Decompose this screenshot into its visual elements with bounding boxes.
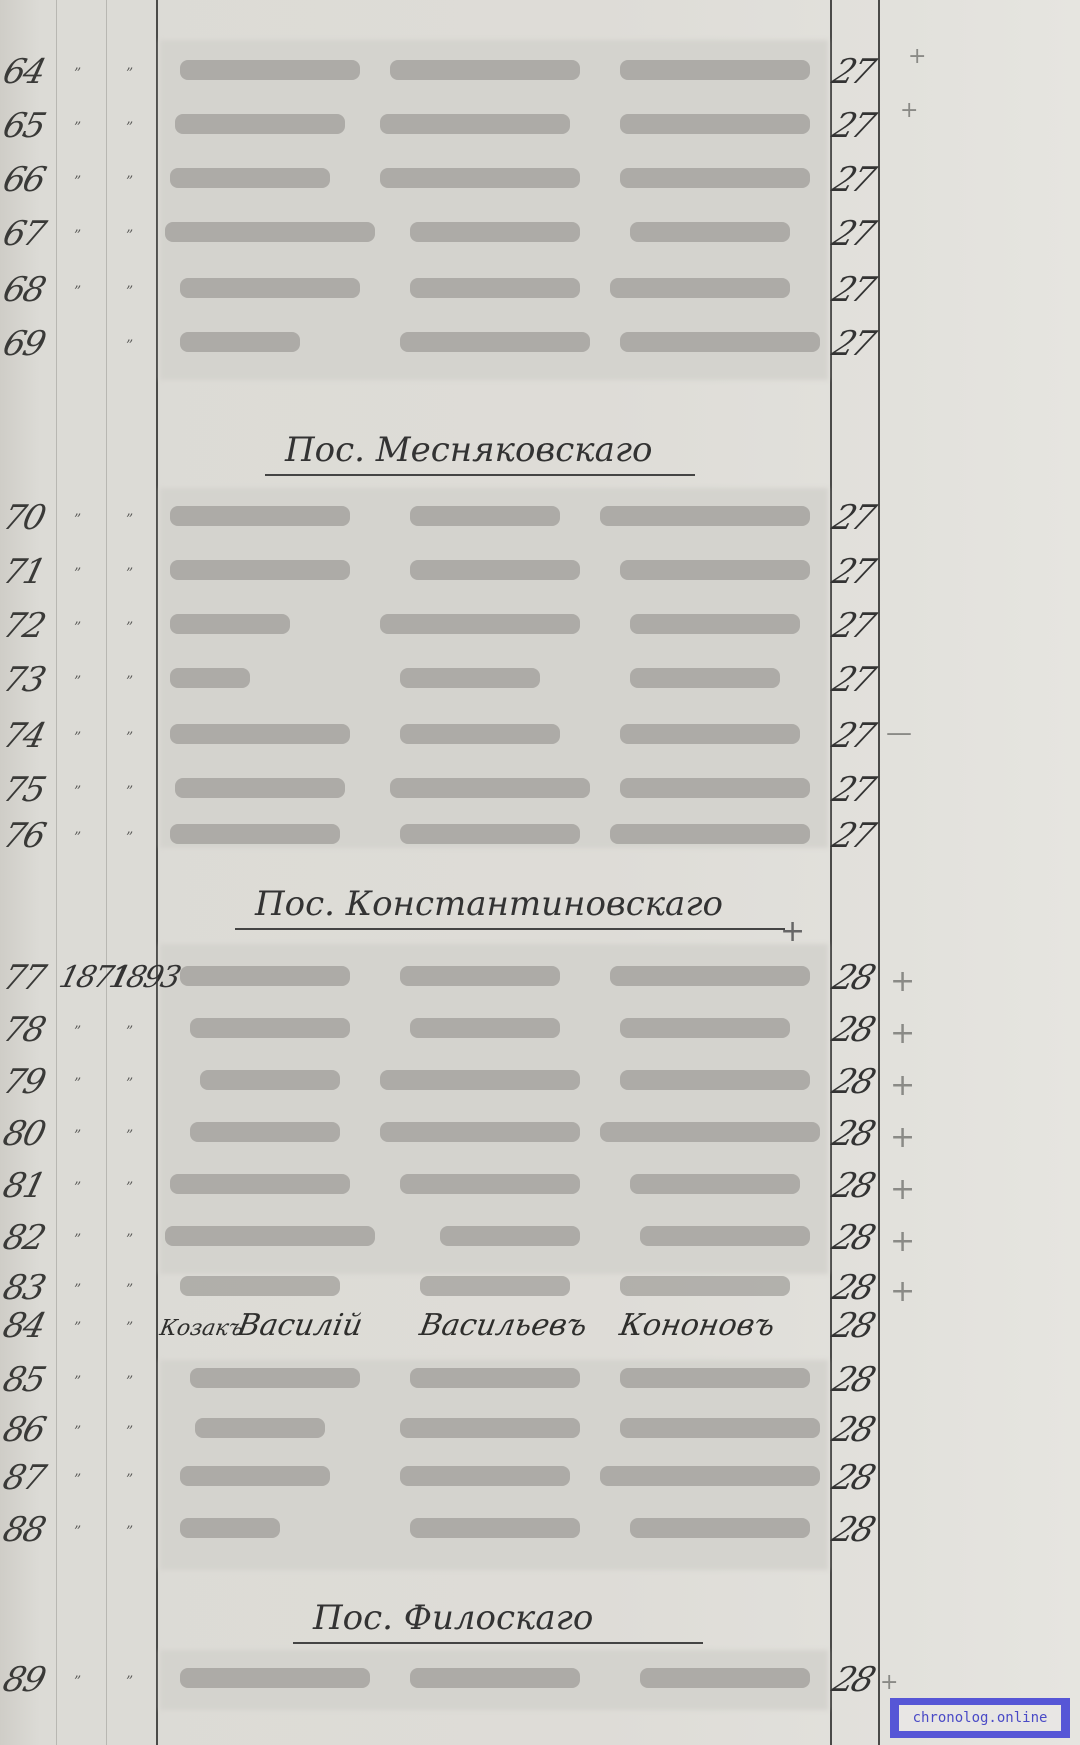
redacted-name [200,1070,340,1090]
redacted-name [420,1276,570,1296]
ditto-mark: ” [74,1472,81,1488]
redacted-name [400,1466,570,1486]
row-number: 85 [0,1360,63,1400]
ditto-mark: ” [126,1128,133,1144]
redacted-name [175,778,345,798]
table-row: 81 ” ” 28 + [0,1166,1080,1218]
redacted-name [620,332,820,352]
redacted-name [620,560,810,580]
first-name-text: Василій [235,1308,365,1343]
redacted-name [610,824,810,844]
ditto-mark: ” [126,512,133,528]
section-header-3: Пос. Филоскаго [293,1598,703,1644]
redacted-name [620,778,810,798]
ditto-mark: ” [74,1024,81,1040]
redacted-name [620,1018,790,1038]
row-number: 84 [0,1306,63,1346]
table-row: 85 ” ” 28 [0,1360,1080,1412]
ditto-mark: ” [126,566,133,582]
table-row-legible: 84 ” ” Козакъ Василій Васильевъ Кононовъ… [0,1306,1080,1358]
surname-text: Кононовъ [617,1308,778,1343]
redacted-name [180,278,360,298]
redacted-name [400,824,580,844]
redacted-name [600,1122,820,1142]
ditto-mark: ” [126,284,133,300]
ditto-mark: ” [126,830,133,846]
redacted-name [180,1466,330,1486]
row-number: 76 [0,816,63,856]
ditto-mark: ” [74,1180,81,1196]
redacted-name [175,114,345,134]
watermark-text: chronolog.online [899,1705,1061,1731]
row-number: 65 [0,106,63,146]
redacted-name [400,332,590,352]
redacted-name [170,724,350,744]
age-value: 28 [828,1458,885,1498]
redacted-name [380,168,580,188]
redacted-name [620,1368,810,1388]
ditto-mark: ” [74,512,81,528]
redacted-name [630,1518,810,1538]
age-value: 28 [828,1360,885,1400]
ditto-mark: ” [126,730,133,746]
row-number: 86 [0,1410,63,1450]
redacted-name [630,614,800,634]
table-row: 88 ” ” 28 [0,1510,1080,1562]
table-row: 76 ” ” 27 [0,816,1080,868]
table-row: 69 ” 27 [0,324,1080,376]
redacted-name [410,506,560,526]
ditto-mark: ” [74,674,81,690]
margin-mark: + [900,98,918,123]
table-row: 75 ” ” 27 [0,770,1080,822]
redacted-name [410,278,580,298]
ditto-mark: ” [74,784,81,800]
margin-mark: + [890,1120,915,1155]
row-number: 75 [0,770,63,810]
redacted-name [620,1070,810,1090]
redacted-name [440,1226,580,1246]
redacted-name [180,60,360,80]
age-value: 27 [828,160,885,200]
table-row: 70 ” ” 27 [0,498,1080,550]
row-number: 80 [0,1114,63,1154]
redacted-name [620,114,810,134]
ditto-mark: ” [74,1232,81,1248]
redacted-name [190,1122,340,1142]
ditto-mark: ” [126,1472,133,1488]
ditto-mark: ” [74,1374,81,1390]
age-value: 27 [828,324,885,364]
redacted-name [640,1226,810,1246]
margin-mark: + [890,1068,915,1103]
table-row: 77 1871 1893 28 + [0,958,1080,1010]
age-value: 27 [828,606,885,646]
redacted-name [620,168,810,188]
margin-mark: — [886,718,912,748]
redacted-name [620,60,810,80]
table-row: 80 ” ” 28 + [0,1114,1080,1166]
row-number: 89 [0,1660,63,1700]
ditto-mark: ” [126,338,133,354]
ditto-mark: ” [74,174,81,190]
ditto-mark: ” [126,1024,133,1040]
ditto-mark: ” [74,566,81,582]
margin-mark: + [890,964,915,999]
redacted-name [630,222,790,242]
redacted-name [640,1668,810,1688]
redacted-name [180,1518,280,1538]
redacted-name [410,1668,580,1688]
ditto-mark: ” [126,1424,133,1440]
redacted-name [620,724,800,744]
rank-text: Козакъ [158,1316,246,1341]
redacted-name [410,1368,580,1388]
redacted-name [600,506,810,526]
table-row: 67 ” ” 27 [0,214,1080,266]
age-value: 28 [828,1062,885,1102]
age-value: 27 [828,214,885,254]
margin-mark: + [890,1224,915,1259]
row-number: 87 [0,1458,63,1498]
redacted-name [165,222,375,242]
age-value: 28 [828,958,885,998]
watermark-badge: chronolog.online [890,1698,1070,1738]
redacted-name [170,824,340,844]
year-value: 1893 [106,960,183,995]
redacted-name [410,1018,560,1038]
row-number: 88 [0,1510,63,1550]
ditto-mark: ” [74,1282,81,1298]
ditto-mark: ” [74,1076,81,1092]
table-row: 74 ” ” 27 — [0,716,1080,768]
age-value: 27 [828,498,885,538]
row-number: 79 [0,1062,63,1102]
table-row: 65 ” ” 27 + [0,106,1080,158]
row-number: 72 [0,606,63,646]
age-value: 27 [828,552,885,592]
register-page: Пос. Месняковскаго Пос. Константиновскаг… [0,0,1080,1745]
age-value: 28 [828,1010,885,1050]
age-value: 28 [828,1410,885,1450]
age-value: 28 [828,1306,885,1346]
redacted-name [620,1276,790,1296]
redacted-name [170,168,330,188]
age-value: 27 [828,660,885,700]
ditto-mark: ” [126,228,133,244]
row-number: 77 [0,958,63,998]
table-row: 87 ” ” 28 [0,1458,1080,1510]
redacted-name [380,1070,580,1090]
age-value: 27 [828,106,885,146]
ditto-mark: ” [74,66,81,82]
row-number: 83 [0,1268,63,1308]
redacted-name [410,222,580,242]
table-row: 66 ” ” 27 [0,160,1080,212]
section-header-1: Пос. Месняковскаго [265,430,695,476]
margin-mark: + [890,1016,915,1051]
table-row: 72 ” ” 27 [0,606,1080,658]
margin-mark: + [908,44,926,69]
table-row: 64 ” ” 27 + [0,52,1080,104]
ditto-mark: ” [74,730,81,746]
row-number: 78 [0,1010,63,1050]
redacted-name [180,332,300,352]
age-value: 27 [828,270,885,310]
redacted-name [400,668,540,688]
patronymic-text: Васильевъ [417,1308,590,1343]
redacted-name [180,1668,370,1688]
redacted-name [180,1276,340,1296]
ditto-mark: ” [74,1320,81,1336]
margin-mark: + [890,1172,915,1207]
redacted-name [170,1174,350,1194]
table-row: 79 ” ” 28 + [0,1062,1080,1114]
redacted-name [380,614,580,634]
redacted-name [400,1418,580,1438]
row-number: 66 [0,160,63,200]
age-value: 28 [828,1166,885,1206]
table-row: 82 ” ” 28 + [0,1218,1080,1270]
redacted-name [410,1518,580,1538]
redacted-name [400,1174,580,1194]
ditto-mark: ” [126,1282,133,1298]
age-value: 28 [828,1510,885,1550]
ditto-mark: ” [74,1128,81,1144]
ditto-mark: ” [74,1424,81,1440]
section-header-2: Пос. Константиновскаго [235,884,785,930]
ditto-mark: ” [74,284,81,300]
redacted-name [180,966,350,986]
margin-mark: + [880,1670,898,1695]
age-value: 27 [828,52,885,92]
ditto-mark: ” [126,1180,133,1196]
redacted-name [195,1418,325,1438]
row-number: 67 [0,214,63,254]
ditto-mark: ” [74,228,81,244]
row-number: 68 [0,270,63,310]
ditto-mark: ” [126,1374,133,1390]
ditto-mark: ” [74,120,81,136]
redacted-name [400,966,560,986]
redacted-name [170,560,350,580]
ditto-mark: ” [126,66,133,82]
age-value: 27 [828,716,885,756]
age-value: 27 [828,816,885,856]
ditto-mark: ” [74,1524,81,1540]
redacted-name [610,278,790,298]
ditto-mark: ” [126,1524,133,1540]
row-number: 82 [0,1218,63,1258]
ditto-mark: ” [74,620,81,636]
row-number: 81 [0,1166,63,1206]
redacted-name [600,1466,820,1486]
redacted-name [170,506,350,526]
redacted-name [400,724,560,744]
ditto-mark: ” [126,1320,133,1336]
redacted-name [390,778,590,798]
redacted-name [620,1418,820,1438]
ditto-mark: ” [126,784,133,800]
redacted-name [190,1368,360,1388]
section-mark: + [780,914,805,949]
ditto-mark: ” [126,1076,133,1092]
redacted-name [380,1122,580,1142]
redacted-name [190,1018,350,1038]
redacted-name [410,560,580,580]
ditto-mark: ” [126,1674,133,1690]
table-row: 71 ” ” 27 [0,552,1080,604]
row-number: 64 [0,52,63,92]
ditto-mark: ” [126,674,133,690]
ditto-mark: ” [126,120,133,136]
age-value: 28 [828,1660,885,1700]
redacted-name [610,966,810,986]
row-number: 74 [0,716,63,756]
ditto-mark: ” [126,1232,133,1248]
age-value: 28 [828,1114,885,1154]
table-row: 73 ” ” 27 [0,660,1080,712]
age-value: 28 [828,1268,885,1308]
row-number: 71 [0,552,63,592]
row-number: 69 [0,324,63,364]
age-value: 27 [828,770,885,810]
margin-mark: + [890,1274,915,1309]
ditto-mark: ” [126,620,133,636]
table-row: 68 ” ” 27 [0,270,1080,322]
ditto-mark: ” [74,830,81,846]
row-number: 73 [0,660,63,700]
ditto-mark: ” [126,174,133,190]
ditto-mark: ” [74,1674,81,1690]
redacted-name [170,614,290,634]
redacted-name [630,668,780,688]
row-number: 70 [0,498,63,538]
age-value: 28 [828,1218,885,1258]
redacted-name [170,668,250,688]
redacted-name [630,1174,800,1194]
redacted-name [165,1226,375,1246]
table-row: 86 ” ” 28 [0,1410,1080,1462]
redacted-name [380,114,570,134]
table-row: 78 ” ” 28 + [0,1010,1080,1062]
redacted-name [390,60,580,80]
